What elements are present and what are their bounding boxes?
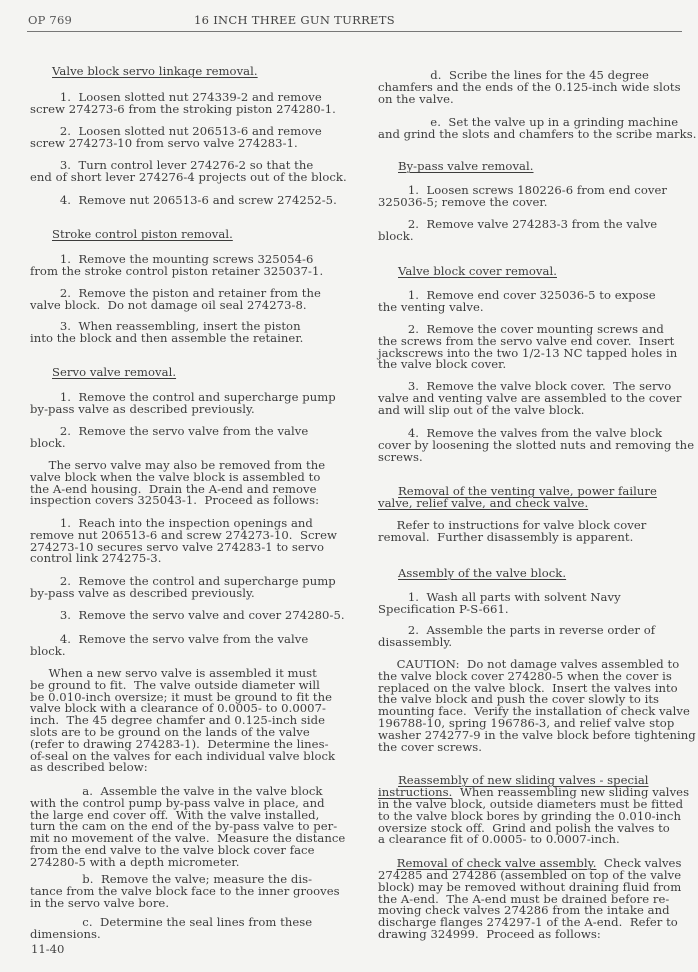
step: 4. Remove nut 206513-6 and screw 274252-… xyxy=(30,195,337,207)
section-heading-servo-valve: Servo valve removal. xyxy=(52,367,176,379)
step: 2. Remove the piston and retainer from t… xyxy=(30,288,321,312)
step: 1. Loosen screws 180226-6 from end cover… xyxy=(378,185,667,209)
document-page: OP 769 16 INCH THREE GUN TURRETS Valve b… xyxy=(0,0,698,972)
step: 2. Loosen slotted nut 206513-6 and remov… xyxy=(30,126,322,150)
step: 1. Remove end cover 325036-5 to expose t… xyxy=(378,290,656,314)
step: 3. When reassembling, insert the piston … xyxy=(30,321,303,345)
step: 4. Remove the valves from the valve bloc… xyxy=(378,428,694,463)
section-heading-servo-linkage: Valve block servo linkage removal. xyxy=(52,66,258,78)
step: 1. Remove the mounting screws 325054-6 f… xyxy=(30,254,323,278)
step: 1. Remove the control and supercharge pu… xyxy=(30,392,336,416)
step: 2. Remove the cover mounting screws and … xyxy=(378,324,677,371)
header-divider xyxy=(27,31,682,32)
step: 4. Remove the servo valve from the valve… xyxy=(30,634,308,658)
sub-step: b. Remove the valve; measure the dis- ta… xyxy=(30,874,340,909)
sub-step: c. Determine the seal lines from these d… xyxy=(30,917,312,941)
sub-step: a. Assemble the valve in the valve block… xyxy=(30,786,345,869)
section-heading-bypass: By-pass valve removal. xyxy=(398,161,534,173)
step: 3. Turn control lever 274276-2 so that t… xyxy=(30,160,347,184)
section-heading-cover-removal: Valve block cover removal. xyxy=(398,266,557,278)
sub-step: d. Scribe the lines for the 45 degree ch… xyxy=(378,70,681,105)
paragraph: The servo valve may also be removed from… xyxy=(30,460,325,507)
step: 3. Remove the servo valve and cover 2742… xyxy=(30,610,345,622)
page-number: 11-40 xyxy=(31,942,64,956)
step: 3. Remove the valve block cover. The ser… xyxy=(378,381,682,416)
paragraph: 274285 and 274286 (assembled on top of t… xyxy=(378,870,681,941)
section-heading-venting-cont: valve, relief valve, and check valve. xyxy=(378,498,588,510)
sub-step: e. Set the valve up in a grinding machin… xyxy=(378,117,696,141)
paragraph: When a new servo valve is assembled it m… xyxy=(30,668,335,774)
step: 1. Reach into the inspection openings an… xyxy=(30,518,337,565)
document-id: OP 769 xyxy=(28,13,72,27)
paragraph: Refer to instructions for valve block co… xyxy=(378,520,646,544)
step: 2. Remove the control and supercharge pu… xyxy=(30,576,336,600)
caution-note: CAUTION: Do not damage valves assembled … xyxy=(378,659,696,753)
section-heading-assembly: Assembly of the valve block. xyxy=(398,568,566,580)
page-title: 16 INCH THREE GUN TURRETS xyxy=(194,13,395,27)
paragraph: in the valve block, outside diameters mu… xyxy=(378,799,683,846)
step: 2. Remove valve 274283-3 from the valve … xyxy=(378,219,657,243)
step: 1. Loosen slotted nut 274339-2 and remov… xyxy=(30,92,336,116)
step: 1. Wash all parts with solvent Navy Spec… xyxy=(378,592,621,616)
section-heading-stroke-control: Stroke control piston removal. xyxy=(52,229,233,241)
step: 2. Assemble the parts in reverse order o… xyxy=(378,625,655,649)
step: 2. Remove the servo valve from the valve… xyxy=(30,426,308,450)
